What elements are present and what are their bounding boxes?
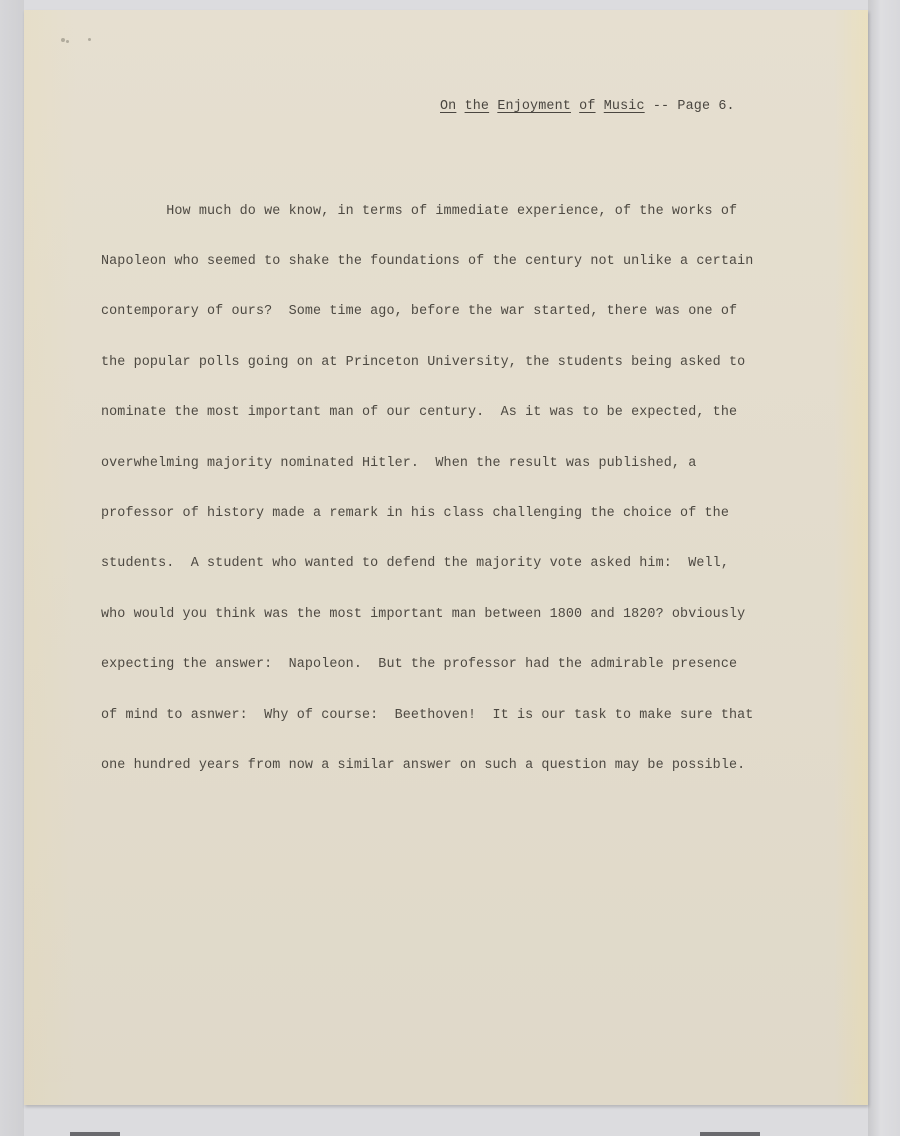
text-line: How much do we know, in terms of immedia… <box>101 204 753 221</box>
text-line: contemporary of ours? Some time ago, bef… <box>101 304 753 321</box>
background-left <box>0 0 24 1136</box>
body-paragraph: How much do we know, in terms of immedia… <box>101 170 753 808</box>
paper-blemish <box>88 38 91 41</box>
header-title-word: Enjoyment <box>497 99 571 114</box>
text-line: who would you think was the most importa… <box>101 607 753 624</box>
paper-blemish <box>61 38 65 42</box>
running-header: On the Enjoyment of Music -- Page 6. <box>440 99 735 114</box>
header-title-word: of <box>579 99 595 114</box>
typed-page: On the Enjoyment of Music -- Page 6. How… <box>24 10 868 1105</box>
scanner-edge-mark <box>700 1132 760 1136</box>
text-line: of mind to asnwer: Why of course: Beetho… <box>101 708 753 725</box>
text-line: Napoleon who seemed to shake the foundat… <box>101 254 753 271</box>
text-line: expecting the answer: Napoleon. But the … <box>101 657 753 674</box>
header-title-word: On <box>440 99 456 114</box>
text-line: the popular polls going on at Princeton … <box>101 355 753 372</box>
text-line: professor of history made a remark in hi… <box>101 506 753 523</box>
header-title-word: Music <box>604 99 645 114</box>
scanner-edge-mark <box>70 1132 120 1136</box>
page-number: Page 6. <box>677 99 734 114</box>
paper-blemish <box>66 40 69 43</box>
header-separator: -- <box>653 99 669 114</box>
text-line: nominate the most important man of our c… <box>101 405 753 422</box>
text-line: students. A student who wanted to defend… <box>101 556 753 573</box>
text-line: overwhelming majority nominated Hitler. … <box>101 456 753 473</box>
header-title-word: the <box>465 99 490 114</box>
background-right <box>868 0 900 1136</box>
text-line: one hundred years from now a similar ans… <box>101 758 753 775</box>
